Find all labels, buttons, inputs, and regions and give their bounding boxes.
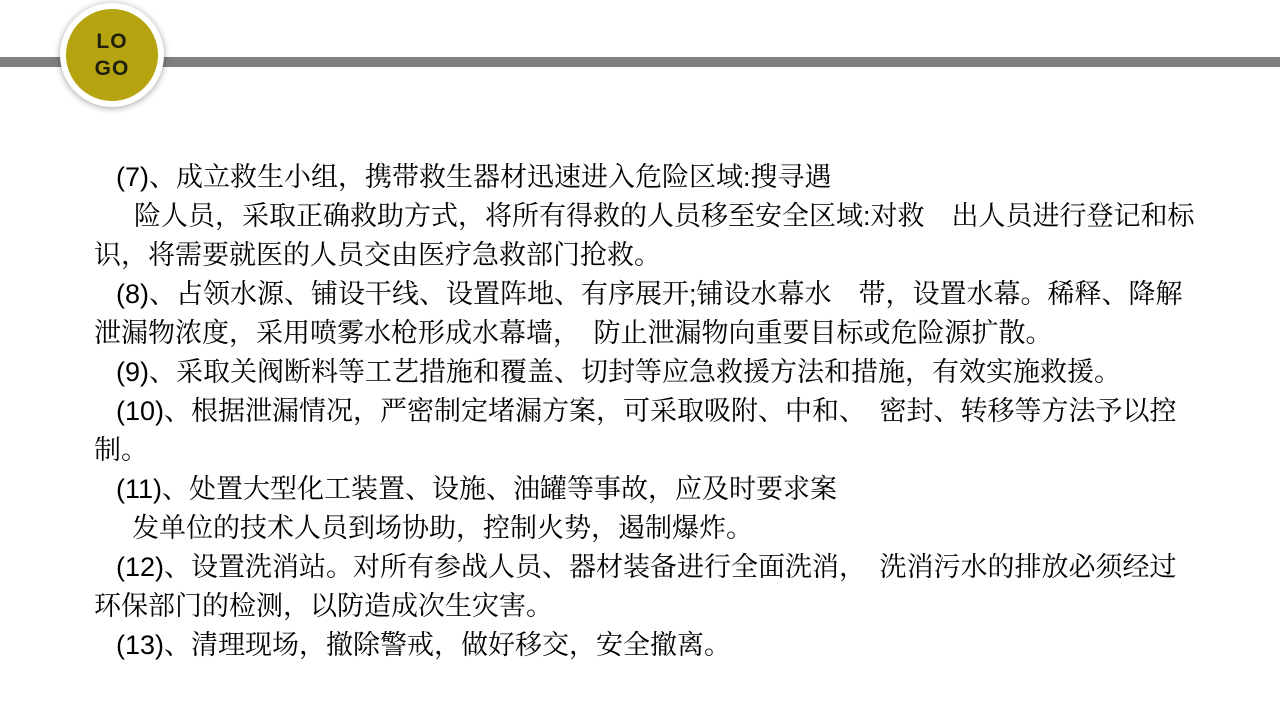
logo-badge: LO GO [60,3,164,107]
logo-text-bottom: GO [95,55,130,82]
slide-body-text: (7)、成立救生小组，携带救生器材迅速进入危险区域:搜寻遇 险人员，采取正确救助… [94,158,1204,665]
top-divider-line [0,57,1280,67]
logo-text-top: LO [96,28,127,55]
text-line: (13)、清理现场，撤除警戒，做好移交，安全撤离。 [94,626,1204,665]
text-line: 发单位的技术人员到场协助，控制火势，遏制爆炸。 [94,509,1204,548]
text-line: 泄漏物浓度，采用喷雾水枪形成水幕墙， 防止泄漏物向重要目标或危险源扩散。 [94,314,1204,353]
text-line: (11)、处置大型化工装置、设施、油罐等事故，应及时要求案 [94,470,1204,509]
text-line: (8)、占领水源、铺设干线、设置阵地、有序展开;铺设水幕水 带，设置水幕。稀释、… [94,275,1204,314]
text-line: 识，将需要就医的人员交由医疗急救部门抢救。 [94,236,1204,275]
slide-background: LO GO (7)、成立救生小组，携带救生器材迅速进入危险区域:搜寻遇 险人员，… [0,0,1280,720]
text-line: (9)、采取关阀断料等工艺措施和覆盖、切封等应急救援方法和措施，有效实施救援。 [94,353,1204,392]
text-line: 制。 [94,431,1204,470]
text-line: (10)、根据泄漏情况，严密制定堵漏方案，可采取吸附、中和、 密封、转移等方法予… [94,392,1204,431]
text-line: 险人员，采取正确救助方式，将所有得救的人员移至安全区域:对救 出人员进行登记和标 [94,197,1204,236]
text-line: (7)、成立救生小组，携带救生器材迅速进入危险区域:搜寻遇 [94,158,1204,197]
text-line: (12)、设置洗消站。对所有参战人员、器材装备进行全面洗消， 洗消污水的排放必须… [94,548,1204,587]
text-line: 环保部门的检测，以防造成次生灾害。 [94,587,1204,626]
